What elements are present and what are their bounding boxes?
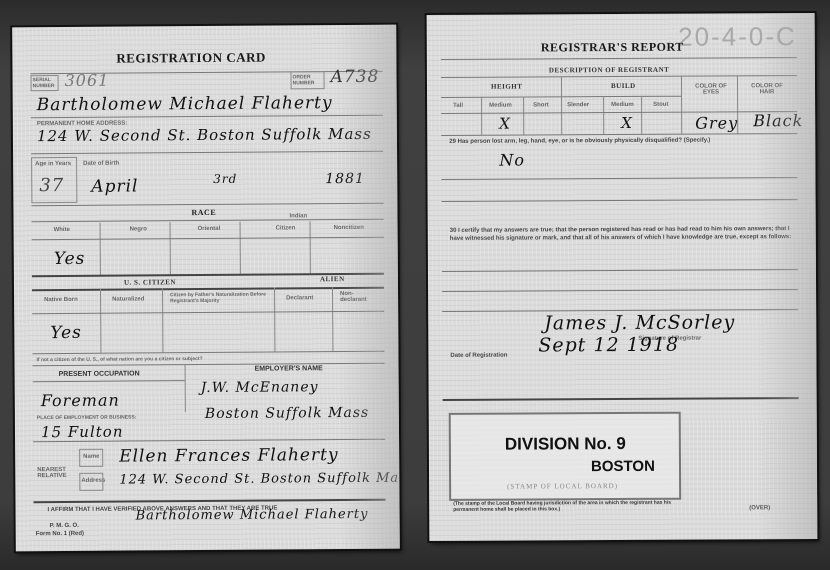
employment-place-label: PLACE OF EMPLOYMENT OR BUSINESS: <box>37 414 136 421</box>
height-label: HEIGHT <box>491 83 522 91</box>
native-born-value: Yes <box>50 323 82 343</box>
occupation-label: PRESENT OCCUPATION <box>59 370 140 378</box>
dob-day: 3rd <box>213 172 237 186</box>
height-col-short: Short <box>533 102 549 108</box>
description-label: DESCRIPTION OF REGISTRANT <box>549 66 669 75</box>
us-citizen-label: U. S. CITIZEN <box>124 278 176 286</box>
build-label: BUILD <box>611 82 636 90</box>
build-col-stout: Stout <box>653 102 668 108</box>
stamp-note: (The stamp of the Local Board having jur… <box>453 500 679 513</box>
employment-city: Boston Suffolk Mass <box>205 405 369 422</box>
alien-col-declarant: Declarant <box>286 295 313 301</box>
relative-name: Ellen Frances Flaherty <box>119 445 338 467</box>
alien-col-nondeclarant: Non-declarant <box>340 291 380 303</box>
occupation-value: Foreman <box>41 391 120 411</box>
registration-date-label: Date of Registration <box>450 353 507 359</box>
citizen-col-native: Native Born <box>44 297 78 303</box>
race-col-citizen: Citizen <box>276 225 296 231</box>
registrars-report-card: 20-4-0-C REGISTRAR'S REPORT DESCRIPTION … <box>427 13 818 541</box>
height-medium-mark: X <box>499 115 510 133</box>
order-number: A738 <box>330 67 379 87</box>
relative-label: NEAREST RELATIVE <box>37 467 77 479</box>
employer-label: EMPLOYER'S NAME <box>255 365 323 372</box>
race-col-noncitizen: Noncitizen <box>334 225 364 231</box>
disability-answer: No <box>499 151 525 170</box>
certify-text: 30 I certify that my answers are true; t… <box>450 225 794 243</box>
stamp-division: DIVISION No. 9 <box>505 434 626 455</box>
hair-value: Black <box>753 111 803 130</box>
height-col-tall: Tall <box>453 103 463 109</box>
race-col-white: White <box>54 227 70 233</box>
card-stamp-number: 20-4-0-C <box>678 21 797 53</box>
race-col-oriental: Oriental <box>198 226 221 232</box>
build-col-medium: Medium <box>611 102 634 108</box>
serial-number: 3061 <box>64 71 109 90</box>
registrant-signature: Bartholomew Michael Flaherty <box>136 507 369 524</box>
eyes-label: COLOR OF EYES <box>691 83 731 95</box>
order-label: ORDER NUMBER <box>293 74 323 86</box>
citizen-col-father: Citizen by Father's Naturalization Befor… <box>170 292 270 305</box>
report-title: REGISTRAR'S REPORT <box>541 40 684 56</box>
card-title: REGISTRATION CARD <box>116 50 266 67</box>
registrant-name: Bartholomew Michael Flaherty <box>37 93 333 115</box>
disability-question: 29 Has person lost arm, leg, hand, eye, … <box>449 137 793 145</box>
form-number: Form No. 1 (Red) <box>36 531 84 537</box>
dob-label: Date of Birth <box>83 161 119 167</box>
stamp-caption: (STAMP OF LOCAL BOARD) <box>507 482 618 491</box>
relative-address-label: Address <box>81 478 105 484</box>
registrar-signature: James J. McSorley <box>544 311 735 334</box>
height-col-medium: Medium <box>489 103 512 109</box>
over-label: (OVER) <box>749 505 770 511</box>
serial-label: SERIAL NUMBER <box>33 77 57 89</box>
race-col-negro: Negro <box>130 226 147 232</box>
relative-address: 124 W. Second St. Boston Suffolk Mass <box>119 471 400 488</box>
dob-month: April <box>91 176 138 196</box>
race-white-value: Yes <box>54 249 86 269</box>
home-address: 124 W. Second St. Boston Suffolk Mass <box>37 125 372 145</box>
citizen-question: If not a citizen of the U. S., of what n… <box>36 356 202 363</box>
age-label: Age in Years <box>35 161 71 167</box>
alien-label: ALIEN <box>320 275 345 283</box>
build-col-slender: Slender <box>567 102 589 108</box>
hair-label: COLOR OF HAIR <box>747 83 787 95</box>
employment-place: 15 Fulton <box>41 423 124 442</box>
citizen-col-naturalized: Naturalized <box>112 296 144 302</box>
relative-name-label: Name <box>83 454 99 460</box>
registration-date: Sept 12 1918 <box>538 334 679 357</box>
employer-value: J.W. McEnaney <box>201 379 319 396</box>
race-label: RACE <box>191 208 216 217</box>
build-medium-mark: X <box>621 114 632 132</box>
eyes-value: Grey <box>695 113 738 132</box>
form-id: P. M. G. O. <box>50 523 79 529</box>
stamp-city: BOSTON <box>591 458 655 475</box>
indian-label: Indian <box>289 213 307 219</box>
age-value: 37 <box>39 175 64 196</box>
local-board-stamp: DIVISION No. 9 BOSTON (STAMP OF LOCAL BO… <box>449 412 681 501</box>
registration-card: REGISTRATION CARD SERIAL NUMBER 3061 ORD… <box>12 25 400 552</box>
dob-year: 1881 <box>325 171 365 187</box>
